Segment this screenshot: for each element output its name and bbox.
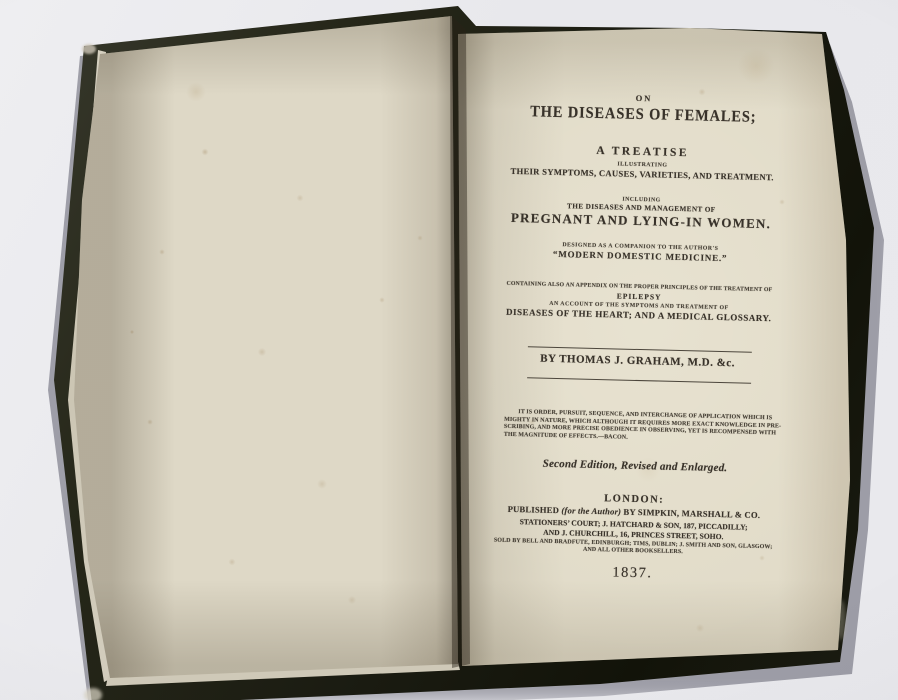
publisher-suffix: BY SIMPKIN, MARSHALL & CO.: [623, 507, 760, 520]
divider-rule: [528, 346, 752, 352]
edition-line: Second Edition, Revised and Enlarged.: [453, 456, 817, 477]
year-label: 1837.: [450, 561, 814, 586]
author-byline: BY THOMAS J. GRAHAM, M.D. &c.: [455, 351, 819, 372]
publisher-parenthetical: (for the Author): [561, 505, 621, 516]
bacon-quote: IT IS ORDER, PURSUIT, SEQUENCE, AND INTE…: [504, 409, 785, 446]
publisher-prefix: PUBLISHED: [508, 504, 560, 515]
book-photograph: ON THE DISEASES OF FEMALES; A TREATISE I…: [0, 0, 898, 700]
title-page-text: ON THE DISEASES OF FEMALES; A TREATISE I…: [450, 80, 827, 609]
divider-rule: [527, 377, 751, 383]
